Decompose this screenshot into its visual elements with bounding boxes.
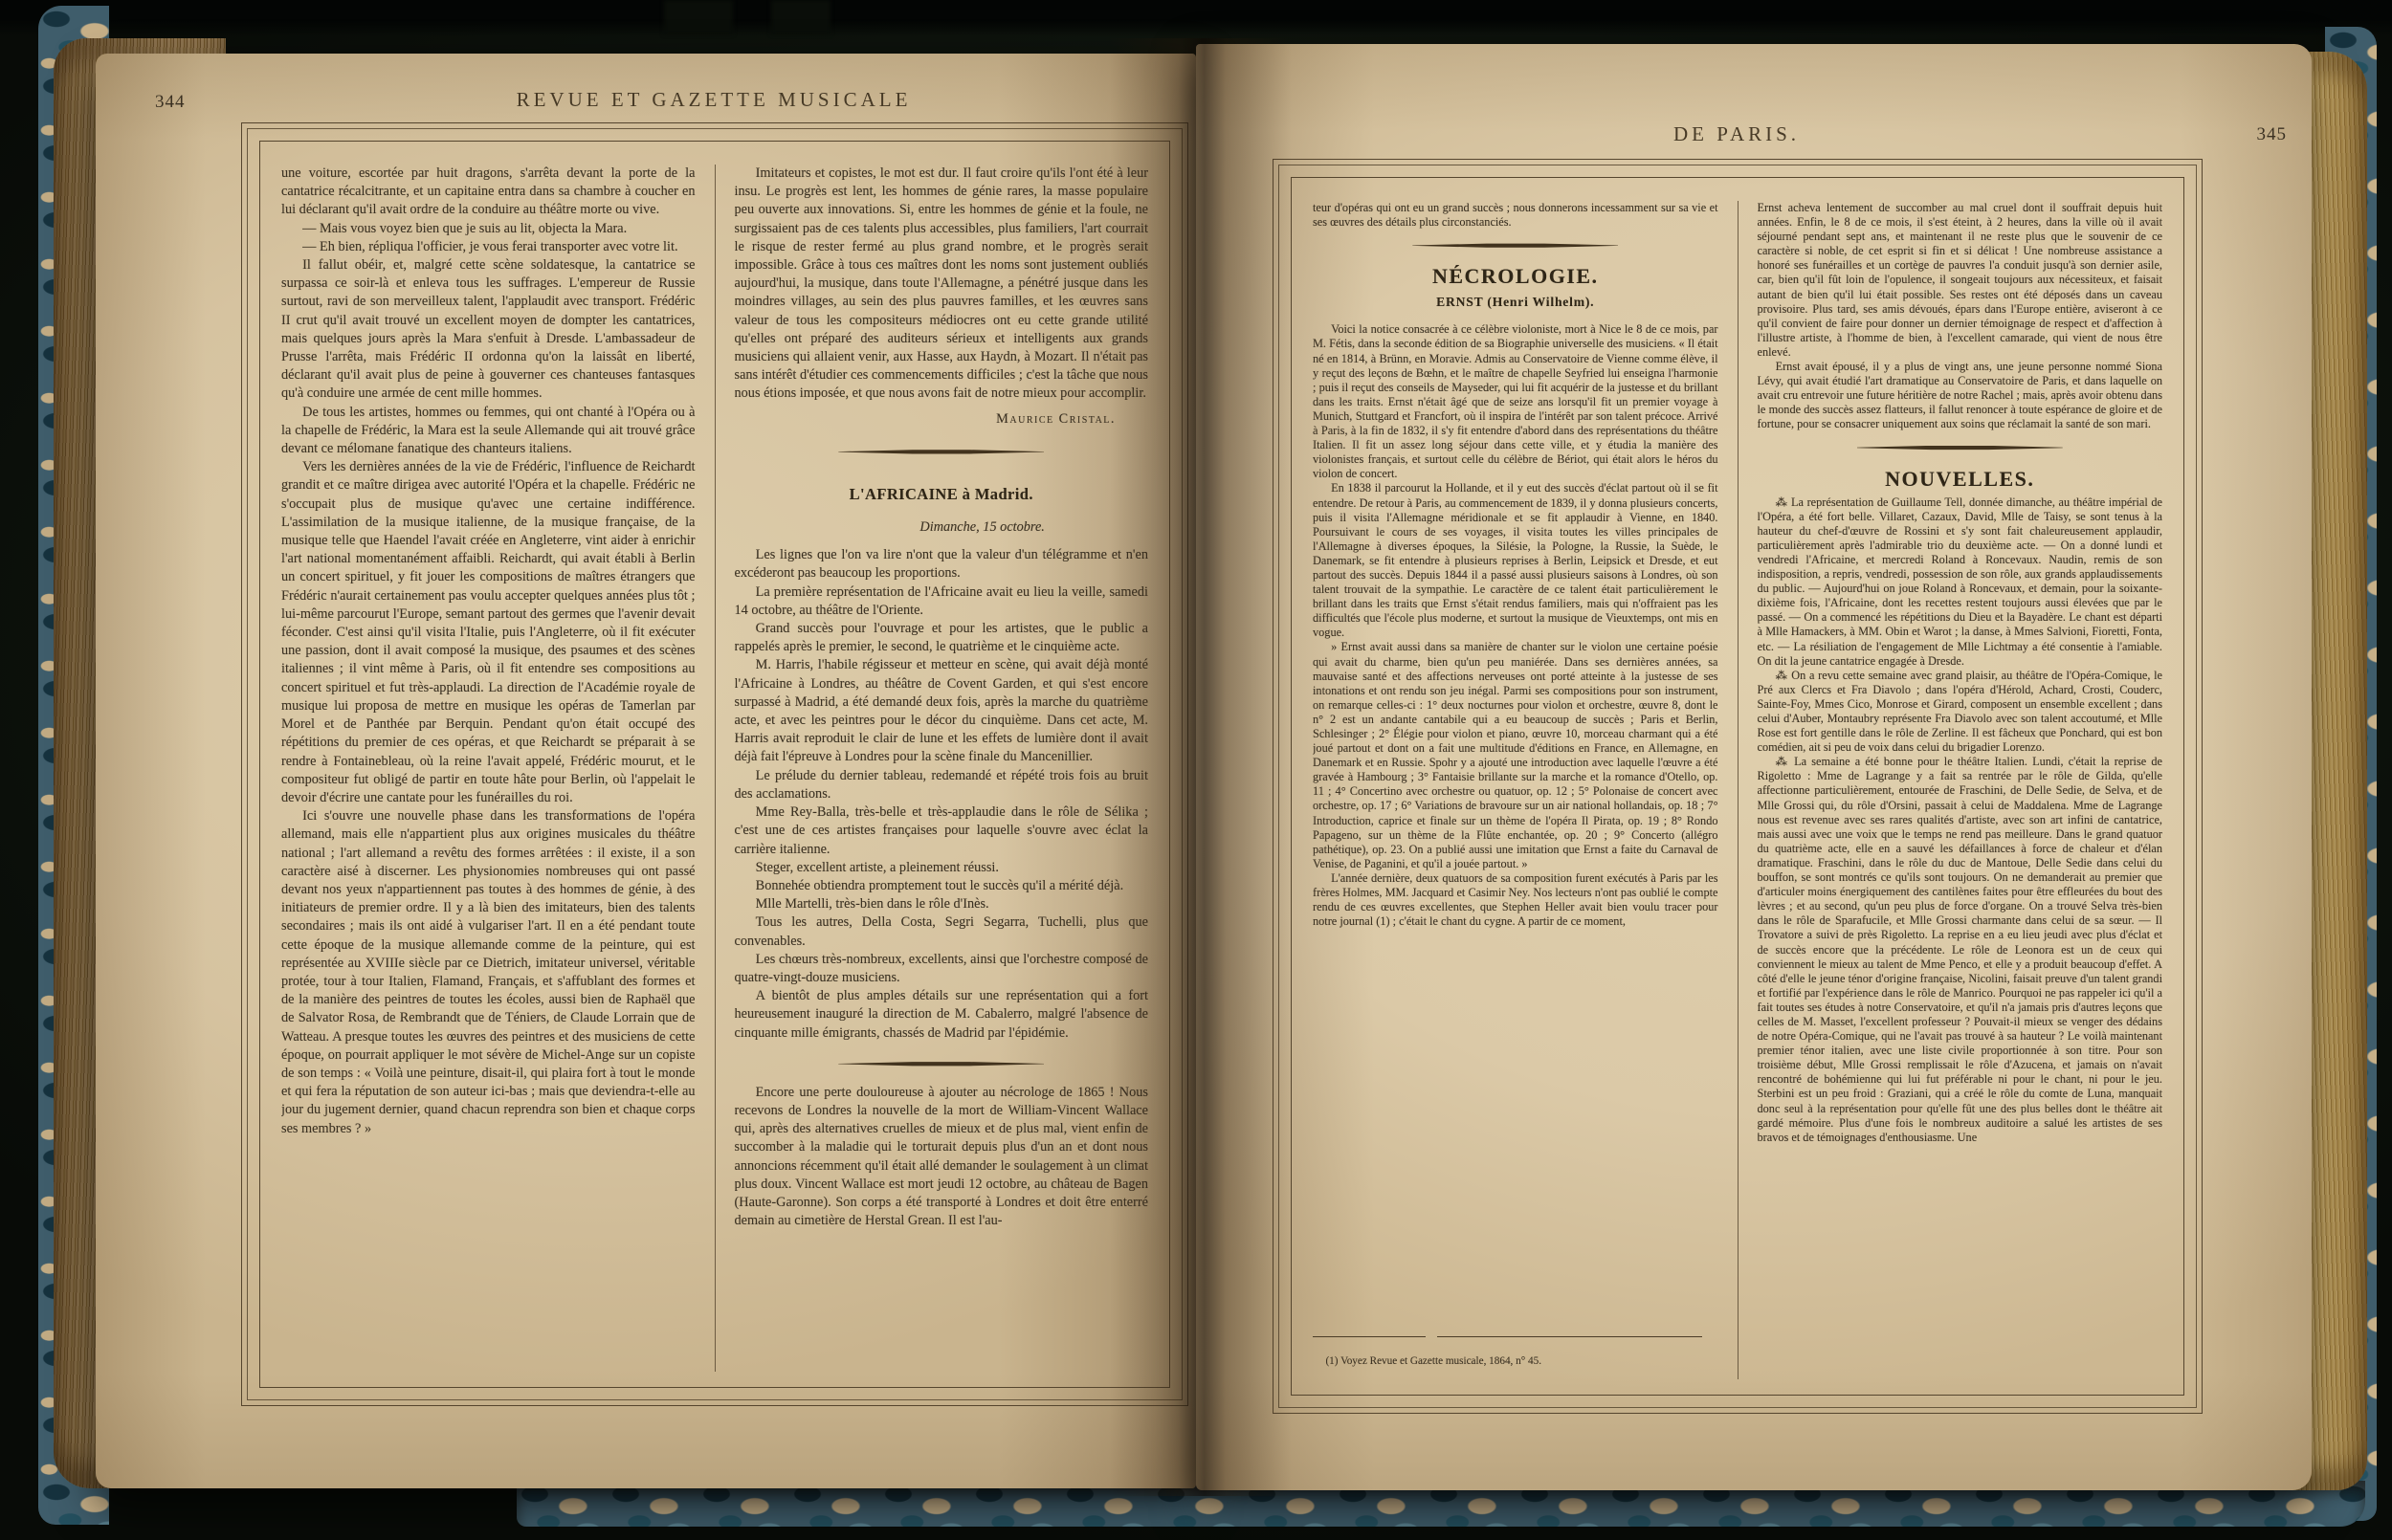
paragraph: Mlle Martelli, très-bien dans le rôle d'… xyxy=(735,895,1149,913)
paragraph: » Ernst avait aussi dans sa manière de c… xyxy=(1313,640,1718,871)
paragraph-continuation: teur d'opéras qui ont eu un grand succès… xyxy=(1313,201,1718,230)
news-item: ⁂ On a revu cette semaine avec grand pla… xyxy=(1758,669,2163,756)
paragraph: Les lignes que l'on va lire n'ont que la… xyxy=(735,546,1149,583)
paragraph: Ernst avait épousé, il y a plus de vingt… xyxy=(1758,360,2163,431)
column-rule xyxy=(715,165,716,1372)
page-number: 344 xyxy=(155,92,186,113)
author-signature: Maurice Cristal. xyxy=(735,410,1117,429)
paragraph: Imitateurs et copistes, le mot est dur. … xyxy=(735,165,1149,404)
bookmark-ribbon-shadow xyxy=(771,0,831,34)
text-column-1: une voiture, escortée par huit dragons, … xyxy=(281,165,696,1372)
section-divider xyxy=(838,1062,1044,1067)
text-frame: une voiture, escortée par huit dragons, … xyxy=(241,122,1188,1406)
two-column-text-block: teur d'opéras qui ont eu un grand succès… xyxy=(1291,177,2184,1396)
background-shadow-band xyxy=(0,0,2392,36)
paragraph: — Eh bien, répliqua l'officier, je vous … xyxy=(281,238,696,256)
section-heading: NÉCROLOGIE. xyxy=(1313,269,1718,283)
running-title: REVUE ET GAZETTE MUSICALE xyxy=(241,88,1186,112)
dateline: Dimanche, 15 octobre. xyxy=(735,518,1149,537)
footnote-rule xyxy=(1313,1336,1702,1337)
running-title: DE PARIS. xyxy=(1273,122,2201,146)
paragraph: Steger, excellent artiste, a pleinement … xyxy=(735,859,1149,877)
section-divider xyxy=(1857,446,2063,451)
paragraph: Voici la notice consacrée à ce célèbre v… xyxy=(1313,322,1718,481)
text-column-2: Imitateurs et copistes, le mot est dur. … xyxy=(735,165,1149,1372)
paragraph: La première représentation de l'Africain… xyxy=(735,583,1149,620)
paragraph: Mme Rey-Balla, très-belle et très-applau… xyxy=(735,803,1149,859)
paragraph: En 1838 il parcourut la Hollande, et il … xyxy=(1313,481,1718,640)
paragraph: Le prélude du dernier tableau, redemandé… xyxy=(735,767,1149,803)
news-item: ⁂ La semaine a été bonne pour le théâtre… xyxy=(1758,755,2163,1145)
text-column-3: teur d'opéras qui ont eu un grand succès… xyxy=(1313,201,1718,1379)
paragraph-continuation: Ernst acheva lentement de succomber au m… xyxy=(1758,201,2163,360)
paragraph: De tous les artistes, hommes ou femmes, … xyxy=(281,404,696,459)
paragraph: A bientôt de plus amples détails sur une… xyxy=(735,987,1149,1043)
paragraph: — Mais vous voyez bien que je suis au li… xyxy=(281,220,696,238)
bookmark-ribbon-shadow xyxy=(664,0,733,34)
text-column-4: Ernst acheva lentement de succomber au m… xyxy=(1758,201,2163,1379)
article-subheading: ERNST (Henri Wilhelm). xyxy=(1313,295,1718,309)
column-rule xyxy=(1738,201,1739,1379)
news-item: ⁂ La représentation de Guillaume Tell, d… xyxy=(1758,495,2163,669)
paragraph: Encore une perte douloureuse à ajouter a… xyxy=(735,1084,1149,1231)
footnote: (1) Voyez Revue et Gazette musicale, 186… xyxy=(1313,1354,1718,1369)
section-divider xyxy=(1412,243,1618,248)
paragraph: M. Harris, l'habile régisseur et metteur… xyxy=(735,656,1149,766)
paragraph: Grand succès pour l'ouvrage et pour les … xyxy=(735,620,1149,656)
section-divider xyxy=(838,450,1044,454)
paragraph: Ici s'ouvre une nouvelle phase dans les … xyxy=(281,807,696,1138)
paragraph: Tous les autres, Della Costa, Segri Sega… xyxy=(735,913,1149,950)
two-column-text-block: une voiture, escortée par huit dragons, … xyxy=(259,141,1170,1388)
article-heading: L'AFRICAINE à Madrid. xyxy=(735,485,1149,503)
paragraph: Bonnehée obtiendra promptement tout le s… xyxy=(735,877,1149,895)
paragraph: Vers les dernières années de la vie de F… xyxy=(281,458,696,807)
page-number: 345 xyxy=(2257,124,2288,145)
page-344: 344 REVUE ET GAZETTE MUSICALE une voitur… xyxy=(96,54,1196,1488)
paragraph: Il fallut obéir, et, malgré cette scène … xyxy=(281,256,696,404)
page-345: 345 DE PARIS. teur d'opéras qui ont eu u… xyxy=(1196,44,2312,1490)
text-frame: teur d'opéras qui ont eu un grand succès… xyxy=(1273,159,2203,1414)
section-heading: NOUVELLES. xyxy=(1758,472,2163,486)
paragraph-continuation: une voiture, escortée par huit dragons, … xyxy=(281,165,696,220)
paragraph: L'année dernière, deux quatuors de sa co… xyxy=(1313,871,1718,929)
paragraph: Les chœurs très-nombreux, excellents, ai… xyxy=(735,951,1149,987)
photographed-book-spread: 344 REVUE ET GAZETTE MUSICALE une voitur… xyxy=(0,0,2392,1540)
